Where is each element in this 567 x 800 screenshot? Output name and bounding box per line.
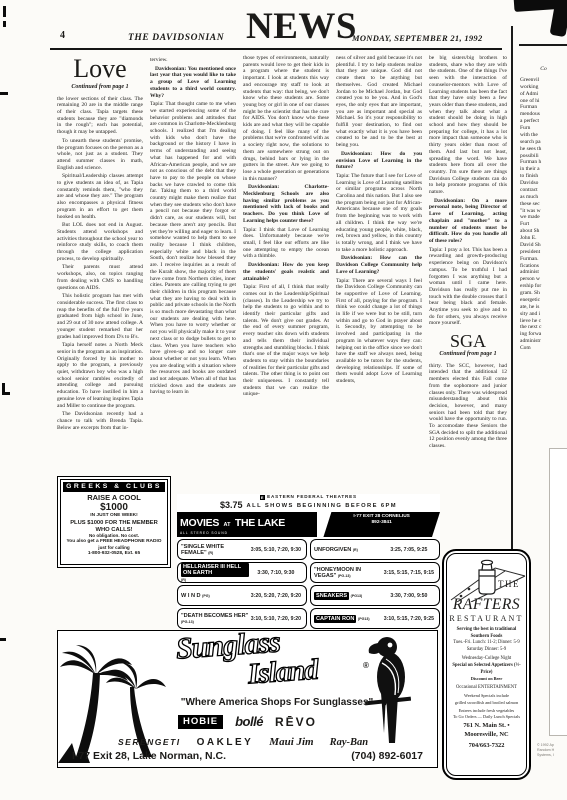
sunglass-phone: (704) 892-6017 bbox=[351, 751, 423, 762]
article-paragraph: Tapia: The future that I see for Love of… bbox=[336, 173, 422, 253]
parrot-icon bbox=[365, 633, 411, 745]
article-column-3: those types of environments, naturally p… bbox=[243, 55, 329, 493]
movie-showtimes: 3:20, 5:20, 7:20, 9:20 bbox=[249, 593, 303, 600]
stereo-sound-note: ALL STEREO SOUND bbox=[180, 531, 314, 535]
movie-listing: "DEATH BECOMES HER" (PG-13) 3:10, 5:10, … bbox=[177, 608, 307, 629]
fine-print-line: Systems, I bbox=[537, 753, 567, 758]
rafters-line: Saturday Dinner: 5-9 bbox=[448, 647, 525, 654]
movie-title: UNFORGIVEN bbox=[314, 547, 351, 553]
sga-headline: SGA bbox=[429, 332, 507, 350]
movie-title: "DEATH BECOMES HER" bbox=[181, 613, 248, 619]
movie-listing: HELLRAISER III HELL ON EARTH (R) 3:30, 7… bbox=[177, 562, 307, 583]
sunglass-address-row: I-77 Exit 28, Lake Norman, N.C. (704) 89… bbox=[72, 751, 423, 762]
issue-date: MONDAY, SEPTEMBER 21, 1992 bbox=[352, 33, 483, 43]
cutoff-text-line: Davidso bbox=[520, 180, 567, 187]
greeks-amount: $1000 bbox=[63, 503, 165, 514]
scan-artifact bbox=[0, 638, 6, 641]
movie-listing: W I N D (PG) 3:20, 5:20, 7:20, 9:20 bbox=[177, 585, 307, 606]
sga-continued-note: Continued from page 1 bbox=[429, 351, 507, 358]
article-paragraph: those types of environments, naturally p… bbox=[243, 55, 329, 182]
movie-showtimes: 3:30, 7:00, 9:50 bbox=[382, 593, 436, 600]
movie-showtimes: 3:10, 5:15, 7:20, 9:25 bbox=[382, 616, 436, 623]
love-column1-text: the lower sections of their class. The r… bbox=[57, 96, 143, 432]
cutoff-text-line: Com bbox=[520, 345, 567, 352]
theater-location-ribbon: I-77 EXIT 28 CORNELIUS 892-3841 bbox=[323, 512, 440, 537]
rafters-subname: RESTAURANT bbox=[448, 613, 525, 624]
cutoff-text-line: "it was w bbox=[520, 208, 567, 215]
theater-name-lake: THE LAKE bbox=[235, 517, 285, 529]
cutoff-text-line: Furn bbox=[520, 125, 567, 132]
theater-name-movies: MOVIES bbox=[180, 517, 219, 529]
movie-title: HELLRAISER III HELL ON EARTH bbox=[181, 563, 249, 577]
movie-listing: "SINGLE WHITE FEMALE" (R) 3:05, 5:10, 7:… bbox=[177, 539, 307, 560]
cutoff-text-line: president bbox=[520, 249, 567, 256]
article-column-1: Love Continued from page 1 the lower sec… bbox=[57, 55, 143, 474]
page-edge-rule bbox=[511, 26, 513, 553]
movie-rating: (R) bbox=[181, 578, 186, 582]
sunglass-address: I-77 Exit 28, Lake Norman, N.C. bbox=[72, 751, 226, 762]
rafters-line: 761 N. Main St. • Mooresville, NC bbox=[448, 722, 525, 739]
movies-at-the-lake-ad: EEASTERN FEDERAL THEATRES $3.75ALL SHOWS… bbox=[177, 494, 440, 628]
article-paragraph: Tapia herself notes a North Meck senior … bbox=[57, 342, 143, 409]
article-paragraph: Their parents must attend workshops, als… bbox=[57, 264, 143, 291]
scan-artifact bbox=[3, 6, 6, 17]
movie-rating: (PG13) bbox=[351, 594, 363, 598]
cutoff-text-line: fications bbox=[520, 263, 567, 270]
movie-showtimes: 3:05, 5:10, 7:20, 9:30 bbox=[249, 547, 303, 554]
registered-mark: ® bbox=[363, 661, 369, 670]
cutoff-text-line: ing forwa bbox=[520, 331, 567, 338]
masthead-divider bbox=[50, 48, 502, 50]
movie-listing: "HONEYMOON IN VEGAS" (PG-13) 3:15, 5:15,… bbox=[310, 562, 440, 583]
article-paragraph: But LOL does not end in August. Students… bbox=[57, 222, 143, 262]
cutoff-text-line: in their a bbox=[520, 166, 567, 173]
cutoff-text-line: administr bbox=[520, 338, 567, 345]
love-headline: Love bbox=[57, 56, 143, 82]
brand-oakley: OAKLEY bbox=[197, 738, 254, 748]
theater-phone: 892-3841 bbox=[323, 520, 440, 526]
movie-rating: (R) bbox=[353, 548, 358, 552]
movie-title: W I N D bbox=[181, 593, 201, 599]
cutoff-text-line: sity and i bbox=[520, 311, 567, 318]
scan-artifact bbox=[550, 5, 567, 37]
cutoff-text-line: he sees th bbox=[520, 146, 567, 153]
ticket-price: $3.75 bbox=[220, 500, 243, 510]
cutoff-text-line: these sec bbox=[520, 201, 567, 208]
cutoff-text-line: Co bbox=[520, 66, 567, 73]
theater-name: MOVIES AT THE LAKE ALL STEREO SOUND bbox=[177, 512, 317, 537]
paper-name: THE DAVIDSONIAN bbox=[128, 33, 224, 43]
article-paragraph: Tapia: There are several ways I feel the… bbox=[336, 278, 422, 385]
movie-rating: (PG) bbox=[202, 594, 210, 598]
rafters-menu-lines: Serving the best in traditionalSouthern … bbox=[448, 627, 525, 751]
rafters-line: grilled swordfish and broiled salmon bbox=[448, 700, 525, 706]
love-continued-note: Continued from page 1 bbox=[57, 84, 143, 91]
article-paragraph: be big sisters/big brothers to students,… bbox=[429, 55, 507, 196]
article-paragraph: terview. bbox=[150, 57, 236, 64]
article-paragraph: the lower sections of their class. The r… bbox=[57, 96, 143, 136]
cutoff-text-line: gram. Sh bbox=[520, 290, 567, 297]
sunglass-tagline: "Where America Shops For Sunglasses" bbox=[142, 697, 412, 708]
article-paragraph: Tapia: First of all, I think that really… bbox=[243, 284, 329, 398]
cutoff-text-line: of Admi bbox=[520, 91, 567, 98]
movie-listing: SNEAKERS (PG13) 3:30, 7:00, 9:50 bbox=[310, 585, 440, 606]
cutoff-text-line: one of hi bbox=[520, 98, 567, 105]
adjacent-page-rule bbox=[519, 44, 567, 46]
movie-rating: (R) bbox=[208, 551, 213, 555]
cutoff-text-line: we made bbox=[520, 214, 567, 221]
rafters-line: Tues.-Fri. Lunch: 11-2; Dinner: 5-9 bbox=[448, 640, 525, 647]
section-title: NEWS bbox=[246, 8, 357, 45]
cutoff-text-line: ate, he is bbox=[520, 304, 567, 311]
movie-rating: (PG13) bbox=[358, 617, 370, 621]
article-paragraph: Davidsonian: Charlotte-Mecklenburg Schoo… bbox=[243, 184, 329, 224]
sunglass-brands-row1: HOBIE bollé RĒVO bbox=[178, 715, 317, 729]
cutoff-text-line: mendous bbox=[520, 111, 567, 118]
page-number: 4 bbox=[60, 30, 65, 41]
cutoff-text-line: energetic bbox=[520, 297, 567, 304]
rafters-line: Discount on Beer bbox=[448, 676, 525, 682]
article-paragraph: Davidsonian: How do you envision Love of… bbox=[336, 151, 422, 171]
love-column4-text: ness of silver and gold because it's not… bbox=[336, 55, 422, 385]
article-paragraph: Davidsonian: How can the Davidson Colleg… bbox=[336, 255, 422, 275]
newspaper-page: 4 THE DAVIDSONIAN NEWS MONDAY, SEPTEMBER… bbox=[0, 0, 567, 800]
article-paragraph: Spiritual/Leadership classes attempt to … bbox=[57, 173, 143, 220]
brand-bolle: bollé bbox=[235, 715, 263, 728]
cutoff-text-line: Furman. bbox=[520, 256, 567, 263]
brand-ray-ban: Ray-Ban bbox=[330, 738, 369, 749]
article-column-5: be big sisters/big brothers to students,… bbox=[429, 55, 507, 547]
brand-serengeti: SERENGETI bbox=[118, 738, 181, 747]
brand-revo: RĒVO bbox=[275, 716, 317, 728]
theater-name-at: AT bbox=[224, 522, 231, 528]
movie-title: SNEAKERS bbox=[314, 592, 349, 600]
cutoff-text-line: Greenvil bbox=[520, 77, 567, 84]
cutoff-text-line: the next c bbox=[520, 324, 567, 331]
movie-title: "SINGLE WHITE FEMALE" bbox=[181, 544, 224, 556]
brand-hobie: HOBIE bbox=[178, 715, 223, 729]
article-column-2: terview.Davidsonian: You mentioned once … bbox=[150, 57, 236, 493]
theater-chain-name: EASTERN FEDERAL THEATRES bbox=[267, 494, 357, 499]
rafters-line: Serving the best in traditional bbox=[448, 627, 525, 634]
article-paragraph: Tapia: I think that Love of Learning doe… bbox=[243, 227, 329, 261]
rafters-line: Wednesday-College Night bbox=[448, 656, 525, 663]
scan-artifact bbox=[2, 392, 10, 395]
movie-showtimes: 3:10, 5:10, 7:20, 9:20 bbox=[249, 616, 303, 623]
article-paragraph: Davidsonian: How do you keep the student… bbox=[243, 262, 329, 282]
cutoff-text-line: contract bbox=[520, 187, 567, 194]
cutoff-text-line: as much bbox=[520, 194, 567, 201]
adjacent-fine-print: © 1992 ApRandom HSystems, I bbox=[537, 743, 567, 758]
movie-rating: (PG-13) bbox=[338, 574, 351, 578]
cutoff-text-line: a perfect bbox=[520, 118, 567, 125]
rafters-ad-inner: THE RAFTERS RESTAURANT Serving the best … bbox=[446, 553, 527, 776]
sunglass-brands-row2: SERENGETI OAKLEY Maui Jim Ray-Ban bbox=[118, 737, 368, 749]
greeks-clubs-header: GREEKS & CLUBS bbox=[63, 482, 165, 492]
theater-banner: MOVIES AT THE LAKE ALL STEREO SOUND I-77… bbox=[177, 512, 440, 537]
article-paragraph: This holistic program has met with consi… bbox=[57, 293, 143, 340]
article-paragraph: ness of silver and gold because it's not… bbox=[336, 55, 422, 149]
cutoff-text-line: possibili bbox=[520, 153, 567, 160]
article-paragraph: Tapia: That thought came to me when we s… bbox=[150, 101, 236, 396]
rafters-line: Occasional ENTERTAINMENT bbox=[448, 685, 525, 692]
greeks-clubs-ad-inner: GREEKS & CLUBS RAISE A COOL $1000 IN JUS… bbox=[60, 479, 168, 565]
cutoff-text-line: ership for bbox=[520, 283, 567, 290]
scan-artifact bbox=[3, 21, 6, 27]
cutoff-text-line: working bbox=[520, 84, 567, 91]
sga-text: thirty. The SCC, however, had intended t… bbox=[429, 363, 507, 450]
rafters-restaurant-ad: THE RAFTERS RESTAURANT Serving the best … bbox=[442, 549, 531, 780]
love-column3-text: those types of environments, naturally p… bbox=[243, 55, 329, 398]
movie-title: CAPTAIN RON bbox=[314, 615, 356, 623]
love-column2-text: terview.Davidsonian: You mentioned once … bbox=[150, 57, 236, 396]
rafters-line: Southern Foods bbox=[448, 634, 525, 641]
greeks-clubs-ad: GREEKS & CLUBS RAISE A COOL $1000 IN JUS… bbox=[57, 476, 171, 568]
price-note: ALL SHOWS BEGINNING BEFORE 6PM bbox=[247, 503, 397, 509]
love-column5-text: be big sisters/big brothers to students,… bbox=[429, 55, 507, 327]
sunglass-logo-word2: Island bbox=[247, 656, 319, 690]
rafters-line: Special on Selected Appetizers (½-Price) bbox=[448, 663, 525, 677]
rafters-line: 704/663-7322 bbox=[448, 742, 525, 751]
article-paragraph: The Davidsonian recently had a chance to… bbox=[57, 411, 143, 431]
movie-rating: (PG-13) bbox=[181, 620, 194, 624]
cutoff-text-line: person w bbox=[520, 276, 567, 283]
greeks-plus-line: PLUS $1000 FOR THE MEMBER WHO CALLS! bbox=[63, 520, 165, 534]
adjacent-page-box bbox=[549, 448, 567, 736]
cutoff-text-line: about Sh bbox=[520, 228, 567, 235]
cutoff-text-line: Furman h bbox=[520, 159, 567, 166]
movie-listing: CAPTAIN RON (PG13) 3:10, 5:15, 7:20, 9:2… bbox=[310, 608, 440, 629]
movie-showtimes: 3:15, 5:15, 7:15, 9:15 bbox=[382, 570, 436, 577]
article-paragraph: thirty. The SCC, however, had intended t… bbox=[429, 363, 507, 450]
cutoff-text-line: Furman bbox=[520, 104, 567, 111]
price-line: $3.75ALL SHOWS BEGINNING BEFORE 6PM bbox=[177, 501, 440, 510]
cutoff-text-line: with the bbox=[520, 132, 567, 139]
movie-showtimes: 3:30, 7:10, 9:30 bbox=[249, 570, 303, 577]
cutoff-text-line: administ bbox=[520, 269, 567, 276]
cutoff-text-line: John E. bbox=[520, 235, 567, 242]
rafters-line: To Go Orders — Daily Lunch Specials bbox=[448, 714, 525, 720]
cutoff-text-line: search pa bbox=[520, 139, 567, 146]
cutoff-text-line: to finish bbox=[520, 173, 567, 180]
article-paragraph: Tapia: I pray a lot. This has been a rew… bbox=[429, 247, 507, 327]
brand-maui-jim: Maui Jim bbox=[269, 737, 313, 748]
sunglass-island-ad: Sunglass Island ® "Where America Shops F… bbox=[57, 630, 438, 768]
article-paragraph: Davidsonian: You mentioned once last yea… bbox=[150, 66, 236, 100]
article-paragraph: Davidsonian: On a more personal note, be… bbox=[429, 198, 507, 245]
article-column-4: ness of silver and gold because it's not… bbox=[336, 55, 422, 493]
greeks-phone: 1-800-932-0528, Ext. 65 bbox=[63, 551, 165, 557]
theater-chain-line: EEASTERN FEDERAL THEATRES bbox=[177, 494, 440, 500]
movie-listings: "SINGLE WHITE FEMALE" (R) 3:05, 5:10, 7:… bbox=[177, 539, 440, 629]
rafters-the: THE bbox=[498, 580, 520, 589]
cutoff-text-line: lieve he c bbox=[520, 318, 567, 325]
movie-showtimes: 3:25, 7:05, 9:25 bbox=[382, 547, 436, 554]
movie-listing: UNFORGIVEN (R) 3:25, 7:05, 9:25 bbox=[310, 539, 440, 560]
scan-artifact bbox=[0, 92, 8, 95]
adjacent-page-column: CoGreenvilworkingof Admione of hiFurmanm… bbox=[520, 60, 567, 438]
eastern-federal-logo-icon: E bbox=[260, 495, 265, 500]
cutoff-text-line: Furt bbox=[520, 221, 567, 228]
article-paragraph: To unearth these students' promise, the … bbox=[57, 138, 143, 172]
cutoff-text-line: David Sh bbox=[520, 242, 567, 249]
